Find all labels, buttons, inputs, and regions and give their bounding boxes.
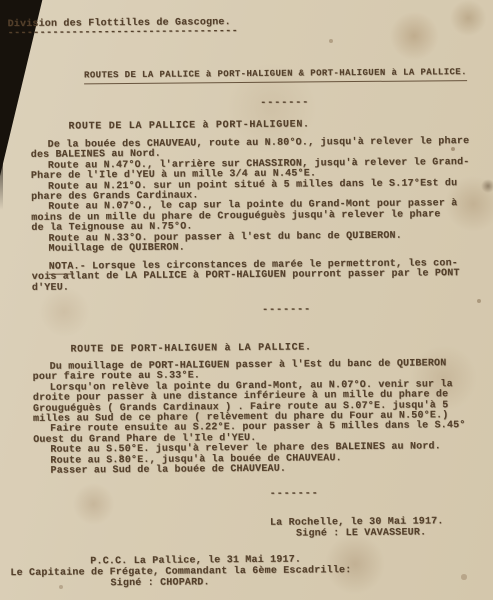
letterhead-underline: ------------------------------------ [8,26,239,39]
signature-block-pallice: P.C.C. La Pallice, le 31 Mai 1917. Le Ca… [10,554,351,590]
document-title: ROUTES DE LA PALLICE à PORT-HALIGUEN & P… [84,67,467,84]
signature-block-rochelle: La Rochelle, le 30 Mai 1917. Signé : LE … [270,516,444,540]
signature-signed: Signé : LE VAVASSEUR. [270,527,444,540]
body-line: Passer au Sud de la bouée de CHAUVEAU. [33,463,483,477]
section2-body: Du mouillage de PORT-HALIGUEN passer à l… [33,359,484,477]
separator: ------- [270,488,319,499]
section2-heading: ROUTE DE PORT-HALIGUEN à LA PALLICE. [70,342,311,355]
document-page: Division des Flottilles de Gascogne. ---… [0,0,493,600]
nota-paragraph: NOTA.- Lorsque les circonstances de maré… [32,259,482,294]
separator: ------- [260,97,309,108]
section1-body: De la bouée des CHAUVEAU, route au N.80°… [31,137,482,255]
body-line: Mouillage de QUIBERON. [32,241,482,255]
separator: ------- [262,304,311,315]
section1-heading: ROUTE DE LA PALLICE à PORT-HALIGUEN. [68,119,309,132]
